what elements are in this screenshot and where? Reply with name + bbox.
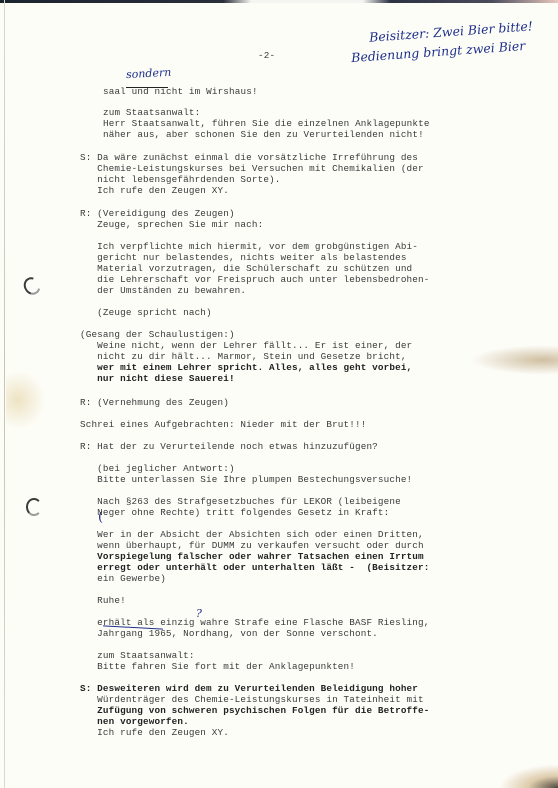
- text-line: Material vorzutragen, die Schülerschaft …: [80, 263, 412, 274]
- text-line: (bei jeglicher Antwort:): [80, 463, 235, 474]
- paper-fold-line: [4, 0, 5, 788]
- text-line: Nach §263 des Strafgesetzbuches für LEKO…: [80, 496, 401, 507]
- text-line: Herr Staatsanwalt, führen Sie die einzel…: [103, 118, 430, 129]
- text-line: Ruhe!: [80, 595, 126, 606]
- text-line: erhält als einzig wahre Strafe eine Flas…: [80, 617, 429, 628]
- text-line: Ich rufe den Zeugen XY.: [80, 185, 229, 196]
- text-line: nen vorgeworfen.: [80, 716, 189, 727]
- text-line: die Lehrerschaft vor Freispruch auch unt…: [80, 274, 429, 285]
- text-line: Neger ohne Rechte) tritt folgendes Geset…: [80, 507, 389, 518]
- text-line: Bitte fahren Sie fort mit der Anklagepun…: [80, 661, 355, 672]
- text-line: S: Da wäre zunächst einmal die vorsätzli…: [80, 152, 418, 163]
- text-line: S: Desweiteren wird dem zu Verurteilende…: [80, 683, 418, 694]
- handwritten-correction: sondern: [126, 66, 172, 81]
- text-line: ein Gewerbe): [80, 573, 166, 584]
- text-line: Wer in der Absicht der Absichten sich od…: [80, 529, 424, 540]
- text-line: nicht zu dir hält... Marmor, Stein und G…: [80, 351, 407, 362]
- paper-corner-shadow: [498, 764, 558, 788]
- text-line: Bitte unterlassen Sie Ihre plumpen Beste…: [80, 474, 412, 485]
- text-line: R: Hat der zu Verurteilende noch etwas h…: [80, 441, 378, 452]
- text-line: Schrei eines Aufgebrachten: Nieder mit d…: [80, 419, 366, 430]
- text-line: Ich verpflichte mich hiermit, vor dem gr…: [80, 241, 418, 252]
- text-line: Jahrgang 1965, Nordhang, von der Sonne v…: [80, 628, 378, 639]
- text-line: Zeuge, sprechen Sie mir nach:: [80, 219, 263, 230]
- text-line: (Gesang der Schaulustigen:): [80, 329, 235, 340]
- page-number: -2-: [258, 50, 275, 61]
- text-line: Ich rufe den Zeugen XY.: [80, 727, 229, 738]
- text-line: der Umständen zu bewahren.: [80, 285, 246, 296]
- text-line: näher aus, aber schonen Sie den zu Verur…: [103, 129, 424, 140]
- text-line: saal und nicht im Wirshaus!: [103, 86, 258, 97]
- punch-hole-icon: [21, 274, 44, 298]
- text-line: Zufügung von schweren psychischen Folgen…: [80, 705, 429, 716]
- text-line: R: (Vereidigung des Zeugen): [80, 208, 235, 219]
- text-line: R: (Vernehmung des Zeugen): [80, 397, 229, 408]
- text-line: wer mit einem Lehrer spricht. Alles, all…: [80, 362, 412, 373]
- text-line: zum Staatsanwalt:: [80, 650, 195, 661]
- text-line: Chemie-Leistungskurses bei Versuchen mit…: [80, 163, 424, 174]
- text-line: erregt oder unterhält oder unterhalten l…: [80, 562, 429, 573]
- text-line: Würdenträger des Chemie-Leistungskurses …: [80, 694, 424, 705]
- paper-stain: [6, 370, 46, 430]
- text-line: Weine nicht, wenn der Lehrer fällt... Er…: [80, 340, 412, 351]
- text-line: gericht nur belastendes, nichts weiter a…: [80, 252, 407, 263]
- text-line: zum Staatsanwalt:: [103, 107, 200, 118]
- paper-smudge: [470, 345, 558, 375]
- punch-hole-icon: [26, 498, 42, 516]
- text-line: Vorspiegelung falscher oder wahrer Tatsa…: [80, 551, 424, 562]
- text-line: nur nicht diese Sauerei!: [80, 373, 235, 384]
- scan-top-edge: [0, 0, 558, 3]
- text-line: wenn überhaupt, für DUMM zu verkaufen ve…: [80, 540, 424, 551]
- text-line: (Zeuge spricht nach): [80, 307, 212, 318]
- text-line: nicht lebensgefährdenden Sorte).: [80, 174, 281, 185]
